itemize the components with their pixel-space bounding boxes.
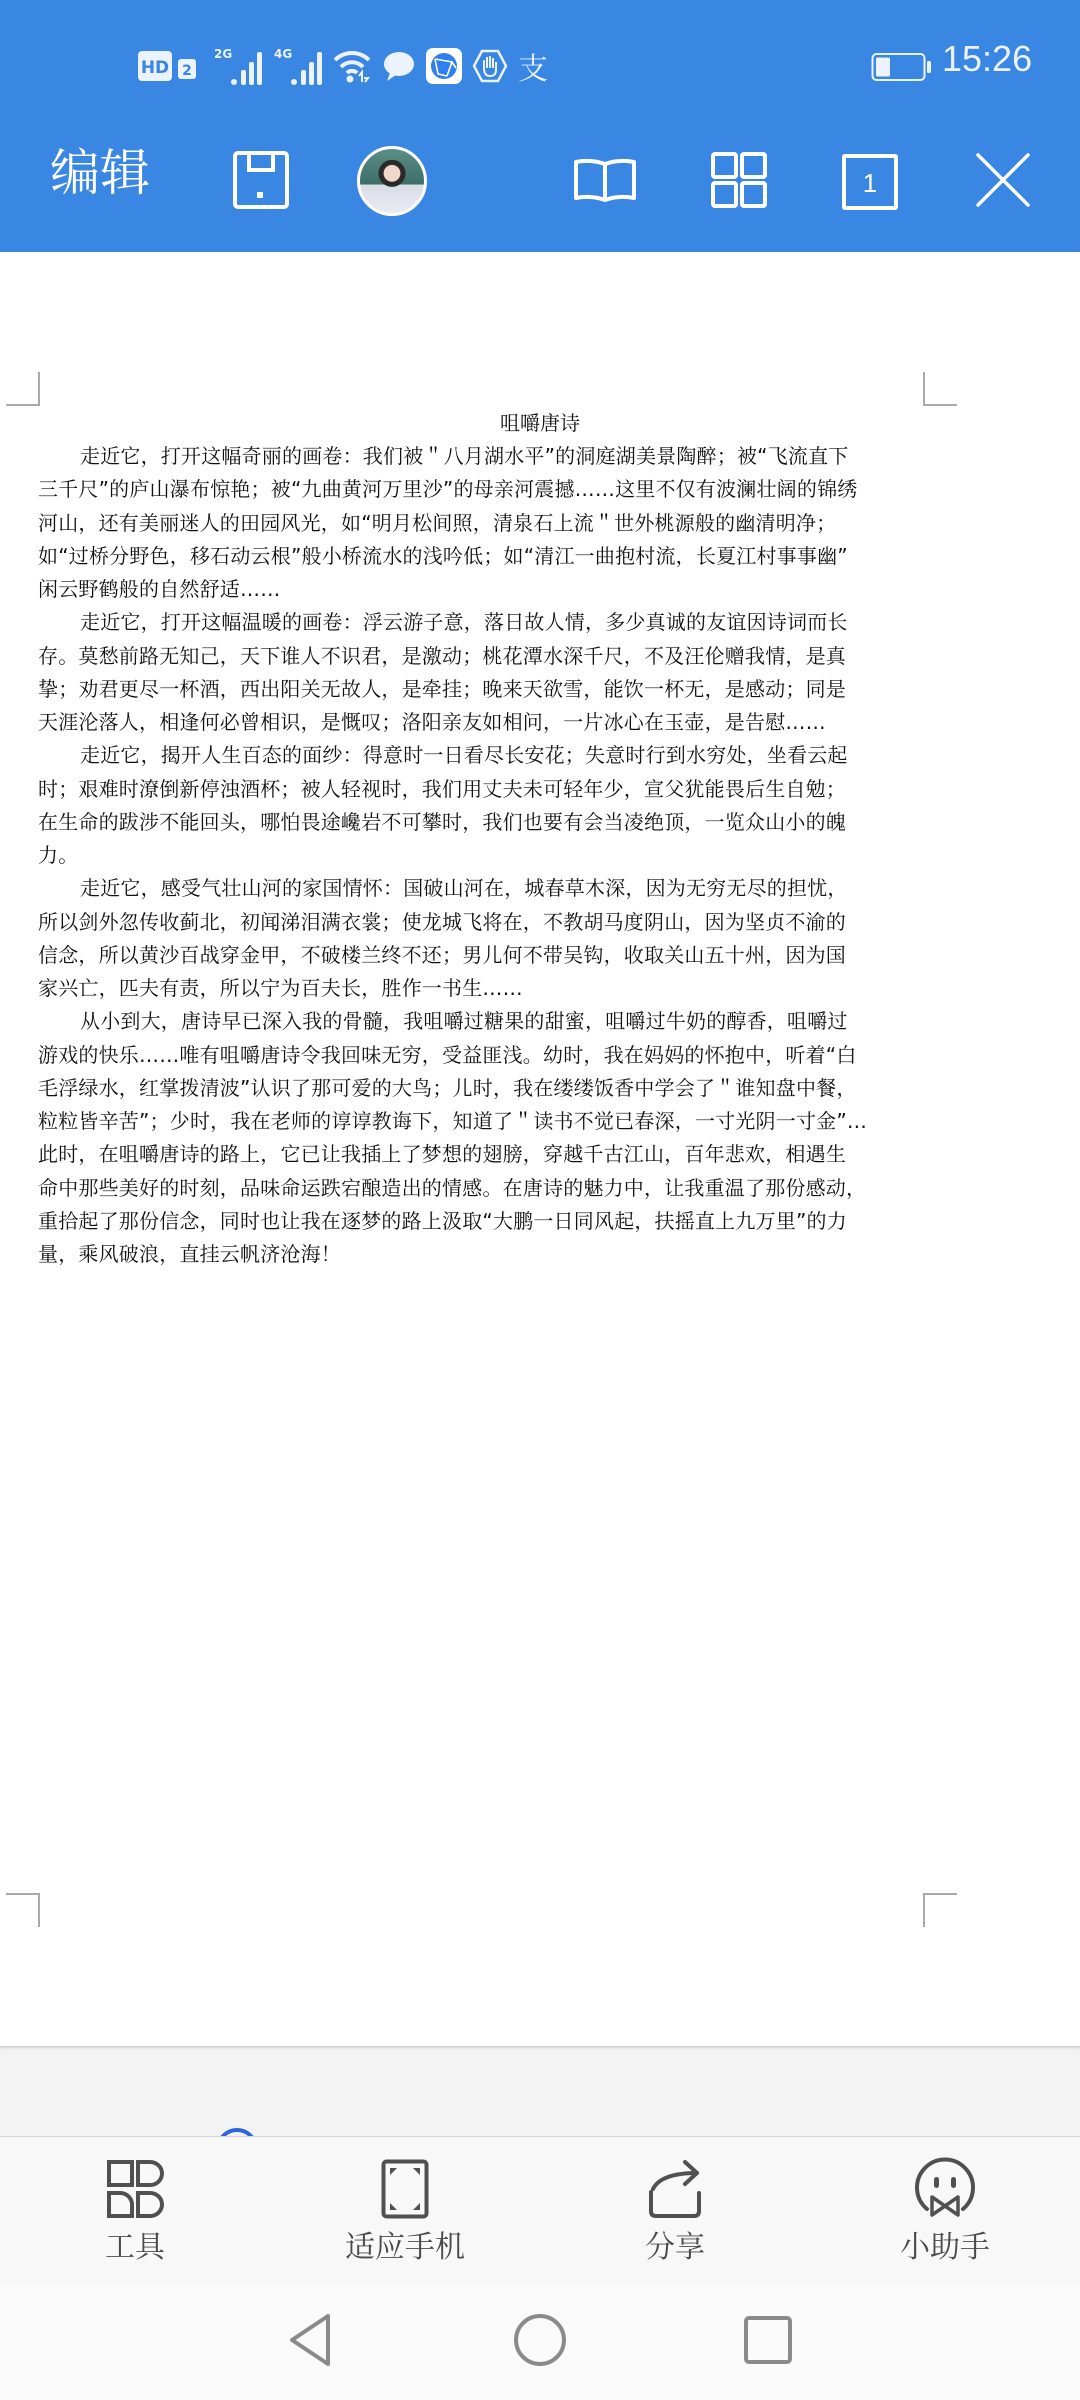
svg-text:4G: 4G bbox=[274, 47, 292, 61]
doc-line: 此时，在咀嚼唐诗的路上，它已让我插上了梦想的翅膀，穿越千古江山，百年悲欢，相遇生 bbox=[38, 1138, 928, 1171]
share-icon bbox=[643, 2157, 707, 2221]
assistant-icon bbox=[913, 2157, 977, 2221]
wifi-icon bbox=[332, 48, 372, 84]
read-mode-button[interactable] bbox=[573, 150, 637, 214]
svg-text:HD: HD bbox=[141, 58, 169, 78]
share-label: 分享 bbox=[645, 2233, 705, 2263]
system-nav-bar bbox=[0, 2284, 1080, 2400]
back-triangle-icon bbox=[288, 2313, 332, 2371]
battery-icon bbox=[871, 52, 933, 86]
page-indicator-button[interactable]: 1 bbox=[838, 150, 902, 214]
svg-text:2G: 2G bbox=[214, 47, 232, 61]
message-icon bbox=[382, 49, 416, 83]
doc-line: 粒粒皆辛苦”；少时，我在老师的谆谆教诲下，知道了＂读书不觉已春深，一寸光阴一寸金… bbox=[38, 1105, 928, 1138]
app-header: HD 2 2G 4G bbox=[0, 0, 1080, 252]
close-icon bbox=[975, 152, 1031, 212]
grid-icon bbox=[710, 151, 768, 213]
fit-phone-icon bbox=[373, 2157, 437, 2221]
alipay-icon: 支 bbox=[518, 44, 548, 88]
tools-label: 工具 bbox=[105, 2233, 165, 2263]
hd-volte-icon: HD 2 bbox=[138, 49, 202, 83]
home-circle-icon bbox=[513, 2313, 567, 2371]
page-corner-mark bbox=[923, 1893, 957, 1927]
bottom-toolbar: 工具 适应手机 分享 小助手 bbox=[0, 2136, 1080, 2285]
document-body: 走近它，打开这幅奇丽的画卷：我们被＂八月湖水平”的洞庭湖美景陶醉；被“飞流直下 … bbox=[38, 440, 928, 1271]
doc-line: 毛浮绿水，红掌拨清波”认识了那可爱的大鸟；儿时，我在缕缕饭香中学会了＂谁知盘中餐… bbox=[38, 1072, 928, 1105]
doc-line: 走近它，打开这幅奇丽的画卷：我们被＂八月湖水平”的洞庭湖美景陶醉；被“飞流直下 bbox=[38, 440, 928, 473]
doc-line: 在生命的跋涉不能回头，哪怕畏途巉岩不可攀时，我们也要有会当凌绝顶，一览众山小的魄 bbox=[38, 806, 928, 839]
recents-square-icon bbox=[743, 2315, 793, 2369]
edit-button[interactable]: 编辑 bbox=[50, 148, 150, 198]
save-icon bbox=[232, 150, 290, 214]
svg-text:2: 2 bbox=[182, 63, 192, 79]
doc-line: 走近它，感受气壮山河的家国情怀：国破山河在，城春草木深，因为无穷无尽的担忧， bbox=[38, 872, 928, 905]
doc-line: 量，乘风破浪，直挂云帆济沧海！ bbox=[38, 1238, 928, 1271]
top-toolbar bbox=[0, 130, 1080, 252]
page-corner-mark bbox=[923, 372, 957, 406]
fit-phone-button[interactable]: 适应手机 bbox=[305, 2157, 505, 2263]
doc-line: 河山，还有美丽迷人的田园风光，如“明月松间照，清泉石上流＂世外桃源般的幽清明净； bbox=[38, 507, 928, 540]
doc-line: 时；艰难时潦倒新停浊酒杯；被人轻视时，我们用丈夫未可轻年少，宣父犹能畏后生自勉； bbox=[38, 773, 928, 806]
hand-stop-icon bbox=[472, 48, 508, 84]
thumbnails-button[interactable] bbox=[707, 150, 771, 214]
nav-back-button[interactable] bbox=[280, 2312, 340, 2372]
browser-app-icon bbox=[426, 48, 462, 84]
page-count: 1 bbox=[846, 168, 894, 199]
signal-2g-icon: 2G bbox=[212, 46, 262, 86]
doc-line: 重拾起了那份信念，同时也让我在逐梦的路上汲取“大鹏一日同风起，扶摇直上九万里”的… bbox=[38, 1205, 928, 1238]
doc-line: 家兴亡，匹夫有责，所以宁为百夫长，胜作一书生…… bbox=[38, 972, 928, 1005]
doc-line: 从小到大，唐诗早已深入我的骨髓，我咀嚼过糖果的甜蜜，咀嚼过牛奶的醇香，咀嚼过 bbox=[38, 1005, 928, 1038]
doc-line: 走近它，揭开人生百态的面纱：得意时一日看尽长安花；失意时行到水穷处，坐看云起 bbox=[38, 739, 928, 772]
signal-4g-icon: 4G bbox=[272, 46, 322, 86]
assistant-button[interactable]: 小助手 bbox=[845, 2157, 1045, 2263]
doc-line: 挚；劝君更尽一杯酒，西出阳关无故人，是牵挂；晚来天欲雪，能饮一杯无，是感动；同是 bbox=[38, 673, 928, 706]
nav-recents-button[interactable] bbox=[738, 2312, 798, 2372]
doc-line: 闲云野鹤般的自然舒适…… bbox=[38, 573, 928, 606]
doc-line: 所以剑外忽传收蓟北，初闻涕泪满衣裳；使龙城飞将在，不教胡马度阴山，因为坚贞不渝的 bbox=[38, 906, 928, 939]
status-icons: HD 2 2G 4G bbox=[138, 46, 548, 86]
doc-line: 游戏的快乐……唯有咀嚼唐诗令我回味无穷，受益匪浅。幼时，我在妈妈的怀抱中，听着“… bbox=[38, 1039, 928, 1072]
avatar[interactable] bbox=[357, 146, 427, 216]
doc-line: 走近它，打开这幅温暖的画卷：浮云游子意，落日故人情，多少真诚的友谊因诗词而长 bbox=[38, 606, 928, 639]
page-gap bbox=[0, 2046, 1080, 2136]
doc-line: 信念，所以黄沙百战穿金甲，不破楼兰终不还；男儿何不带吴钩，收取关山五十州，因为国 bbox=[38, 939, 928, 972]
status-time: 15:26 bbox=[942, 38, 1032, 80]
doc-line: 命中那些美好的时刻，品味命运跌宕酿造出的情感。在唐诗的魅力中，让我重温了那份感动… bbox=[38, 1172, 928, 1205]
assistant-label: 小助手 bbox=[900, 2233, 990, 2263]
doc-line: 力。 bbox=[38, 839, 928, 872]
fit-phone-label: 适应手机 bbox=[345, 2233, 465, 2263]
doc-line: 三千尺”的庐山瀑布惊艳；被“九曲黄河万里沙”的母亲河震撼……这里不仅有波澜壮阔的… bbox=[38, 473, 928, 506]
book-icon bbox=[573, 156, 637, 208]
nav-home-button[interactable] bbox=[510, 2312, 570, 2372]
page-count-icon: 1 bbox=[842, 154, 898, 210]
share-button[interactable]: 分享 bbox=[575, 2157, 775, 2263]
close-button[interactable] bbox=[971, 150, 1035, 214]
page-corner-mark bbox=[6, 372, 40, 406]
save-button[interactable] bbox=[229, 150, 293, 214]
doc-line: 天涯沦落人，相逢何必曾相识，是慨叹；洛阳亲友如相问，一片冰心在玉壶，是告慰…… bbox=[38, 706, 928, 739]
tools-button[interactable]: 工具 bbox=[35, 2157, 235, 2263]
page-corner-mark bbox=[6, 1893, 40, 1927]
status-bar: HD 2 2G 4G bbox=[0, 0, 1080, 130]
document-title: 咀嚼唐诗 bbox=[0, 407, 1080, 440]
doc-line: 如“过桥分野色，移石动云根”般小桥流水的浅吟低；如“清江一曲抱村流，长夏江村事事… bbox=[38, 540, 928, 573]
tools-icon bbox=[103, 2157, 167, 2221]
doc-line: 存。莫愁前路无知己，天下谁人不识君，是激动；桃花潭水深千尺，不及汪伦赠我情，是真 bbox=[38, 640, 928, 673]
